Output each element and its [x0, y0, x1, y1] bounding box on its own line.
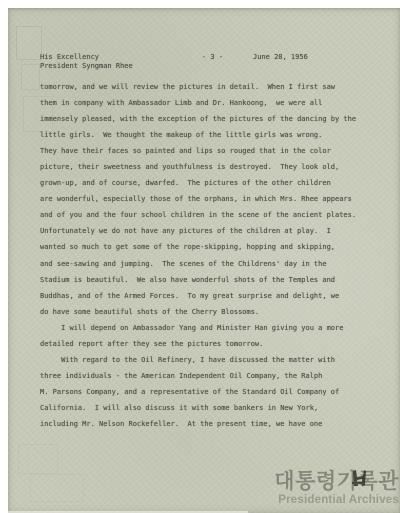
letter-line: and of you and the four school children …	[40, 207, 370, 223]
letter-line: Buddhas, and of the Armed Forces. To my …	[40, 288, 370, 304]
letter-line: Stadium is beautiful. We also have wonde…	[40, 272, 370, 288]
letter-line: Unfortunately we do not have any picture…	[40, 223, 370, 239]
scan-artifact	[21, 64, 40, 90]
ink-mark	[351, 469, 366, 487]
letter-line: and see-sawing and jumping. The scenes o…	[40, 256, 370, 272]
scan-artifact	[18, 444, 58, 474]
letter-line: tomorrow, and we will review the picture…	[40, 79, 370, 95]
archive-watermark-korean: 대통령기록관	[274, 471, 399, 493]
letter-line: California. I will also discuss it with …	[40, 400, 370, 416]
scanned-letter-page: His Excellency President Syngman Rhee - …	[0, 0, 400, 513]
letter-body: tomorrow, and we will review the picture…	[40, 79, 370, 432]
letter-line: them in company with Ambassador Limb and…	[40, 95, 370, 111]
letter-line: immensely pleased, with the exception of…	[40, 111, 370, 127]
header-date: June 28, 1956	[253, 53, 308, 61]
archive-watermark: 대통령기록관 Presidential Archives	[274, 471, 399, 506]
letter-line: grown-up, and of course, dwarfed. The pi…	[40, 175, 370, 191]
letter-line: picture, their sweetness and youthfulnes…	[40, 159, 370, 175]
letter-line: wanted so much to get some of the rope-s…	[40, 239, 370, 255]
header-addressee-line2: President Syngman Rhee	[40, 62, 133, 70]
letter-line: little girls. We thought the makeup of t…	[40, 127, 370, 143]
letter-line: three individuals - the American Indepen…	[40, 368, 370, 384]
scan-artifact	[30, 474, 84, 502]
letter-line: I will depend on Ambassador Yang and Min…	[40, 320, 370, 336]
letter-line: are wonderful, especially those of the o…	[40, 191, 370, 207]
scan-artifact	[16, 26, 42, 60]
archive-watermark-english: Presidential Archives	[274, 494, 399, 506]
letter-line: including Mr. Nelson Rockefeller. At the…	[40, 416, 370, 432]
header-addressee-line1: His Excellency	[40, 53, 99, 61]
letter-line: With regard to the Oil Refinery, I have …	[40, 352, 370, 368]
letter-line: M. Parsons Company, and a representative…	[40, 384, 370, 400]
header-page-number: - 3 -	[202, 53, 223, 61]
letter-line: do have some beautiful shots of the Cher…	[40, 304, 370, 320]
letter-line: detailed report after they see the pictu…	[40, 336, 370, 352]
letter-line: They have their faces so painted and lip…	[40, 143, 370, 159]
